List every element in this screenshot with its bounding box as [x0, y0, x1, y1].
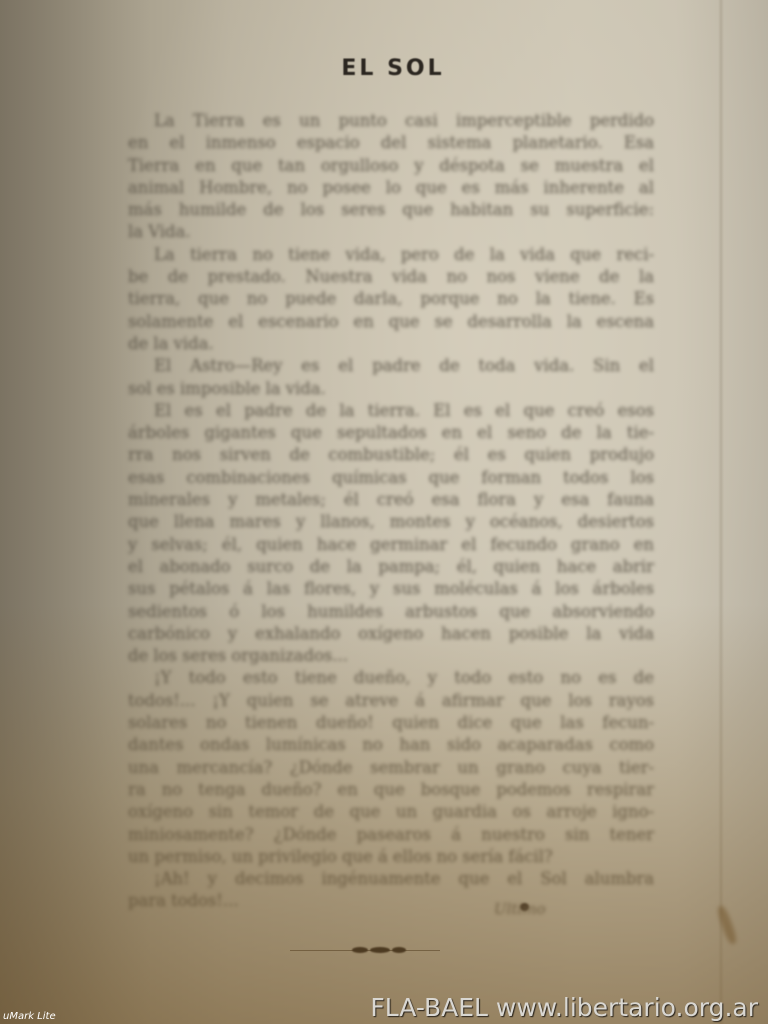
- text-line: El es el padre de la tierra. El es el qu…: [128, 400, 654, 422]
- text-line: sedientos ó los humildes arbustos que ab…: [128, 601, 654, 623]
- site-watermark: FLA-BAEL www.libertario.org.ar: [370, 993, 758, 1022]
- text-line: el abonado surco de la pampa; él, quien …: [128, 556, 654, 578]
- text-line: solamente el escenario en que se desarro…: [128, 311, 654, 333]
- ornament-dot-center: [370, 947, 390, 953]
- text-line: La tierra no tiene vida, pero de la vida…: [128, 244, 654, 266]
- camera-watermark: uMark Lite: [3, 1011, 56, 1022]
- text-line: todos!... ¡Y quien se atreve á afirmar q…: [128, 690, 654, 712]
- text-line: carbónico y exhalando oxígeno hacen posi…: [128, 623, 654, 645]
- text-line: ra no tenga dueño? en que bosque podemos…: [128, 779, 654, 801]
- text-line: para todos!...: [128, 890, 654, 912]
- page-fold-crease: [718, 0, 724, 1024]
- article-title: EL SOL: [0, 56, 768, 81]
- text-line: y selvas; él, quien hace germinar el fec…: [128, 534, 654, 556]
- end-ornament-divider: [290, 944, 440, 956]
- text-line: miniosamente? ¿Dónde pasearos á nuestro …: [128, 824, 654, 846]
- text-line: en el inmenso espacio del sistema planet…: [128, 132, 654, 154]
- text-line: sol es imposible la vida.: [128, 378, 654, 400]
- text-line: tierra, que no puede darla, porque no la…: [128, 288, 654, 310]
- text-line: La Tierra es un punto casi imperceptible…: [128, 110, 654, 132]
- text-line: de los seres organizados...: [128, 645, 654, 667]
- text-line: sus pétalos á las flores, y sus molécula…: [128, 578, 654, 600]
- text-line: un permiso, un privilegio que á ellos no…: [128, 846, 654, 868]
- text-line: ¡Y todo esto tiene dueño, y todo esto no…: [128, 667, 654, 689]
- article-signature: Ultimo: [494, 900, 546, 918]
- text-line: árboles gigantes que sepultados en el se…: [128, 422, 654, 444]
- text-line: solares no tienen dueño! quien dice que …: [128, 712, 654, 734]
- text-line: más humilde de los seres que habitan su …: [128, 199, 654, 221]
- ornament-dot-right: [392, 947, 406, 953]
- text-line: la Vida.: [128, 221, 654, 243]
- text-line: de la vida.: [128, 333, 654, 355]
- text-line: Tierra en que tan orgulloso y déspota se…: [128, 155, 654, 177]
- text-line: be de prestado. Nuestra vida no nos vien…: [128, 266, 654, 288]
- text-line: animal Hombre, no posee lo que es más in…: [128, 177, 654, 199]
- text-line: rra nos sirven de combustible; él es qui…: [128, 444, 654, 466]
- text-line: ¡Ah! y decimos ingénuamente que el Sol a…: [128, 868, 654, 890]
- text-line: esas combinaciones químicas que forman t…: [128, 467, 654, 489]
- text-line: oxígeno sin temor de que un guardia os a…: [128, 801, 654, 823]
- text-line: El Astro—Rey es el padre de toda vida. S…: [128, 355, 654, 377]
- text-line: minerales y metales; él creó esa flora y…: [128, 489, 654, 511]
- text-line: dantes ondas lumínicas no han sido acapa…: [128, 734, 654, 756]
- text-line: una mercancía? ¿Dónde sembrar un grano c…: [128, 757, 654, 779]
- ornament-dot-left: [352, 947, 368, 953]
- article-body: La Tierra es un punto casi imperceptible…: [128, 110, 654, 913]
- text-line: que llena mares y llanos, montes y océan…: [128, 511, 654, 533]
